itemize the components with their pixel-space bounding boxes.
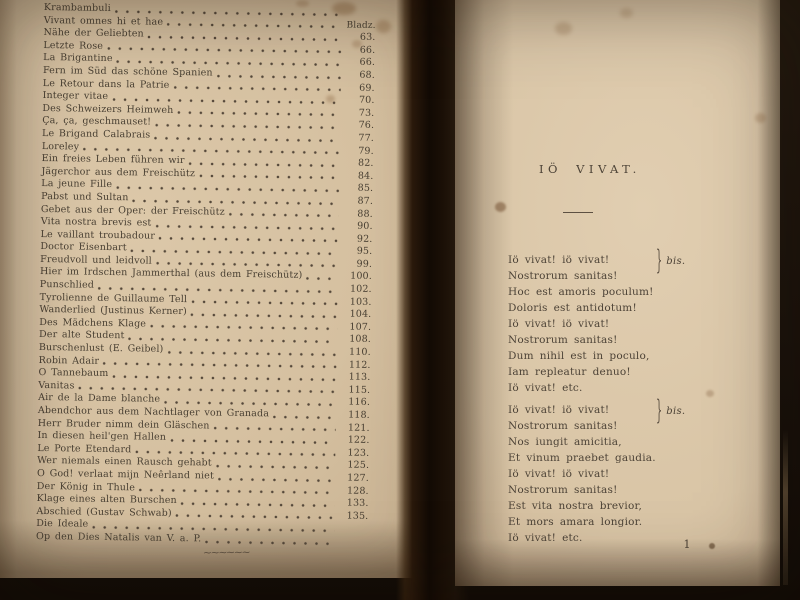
verse-line: Est vita nostra brevior, (508, 498, 656, 514)
dot-leader (173, 86, 340, 91)
verse-line: Nostrorum sanitas! (508, 418, 656, 434)
toc-entry-page: 102. (342, 284, 372, 297)
left-page: KrambambuliVivant omnes hi et haeBladz.N… (0, 0, 420, 578)
toc-entry-page: 104. (341, 309, 371, 322)
dot-leader (167, 350, 336, 356)
verse-line: Et vinum praebet gaudia. (508, 450, 656, 466)
verse-line: Nostrorum sanitas! (508, 332, 654, 348)
toc-entry-page: 68. (345, 69, 375, 82)
toc-entry-page: 69. (345, 82, 375, 95)
foxing-spot (326, 95, 335, 103)
toc-entry-title: Krambambuli (44, 2, 111, 16)
toc-entry-page: 73. (344, 107, 374, 120)
toc-entry-page: 77. (344, 132, 374, 145)
dot-leader (112, 98, 340, 104)
toc-entry-page: 107. (341, 321, 371, 334)
toc-entry-page: 116. (340, 397, 370, 410)
foxing-spot (755, 113, 766, 123)
dot-leader (115, 10, 342, 16)
verse-line: Dum nihil est in poculo, (508, 348, 654, 364)
toc-entry-title: Loreley (42, 141, 79, 154)
dot-leader (164, 401, 336, 407)
dot-leader (117, 60, 342, 66)
verse-line: Iö vivat! iö vivat! (508, 402, 656, 418)
dot-leader (132, 199, 339, 205)
toc-entry-page: 87. (343, 195, 373, 208)
verse-line: Nos iungit amicitia, (508, 434, 656, 450)
dot-leader (191, 300, 337, 305)
dot-leader (217, 74, 341, 79)
dot-leader (214, 427, 336, 432)
toc-entry-title: Punschlied (40, 279, 94, 292)
verse-line: Iö vivat! iö vivat! (508, 252, 654, 268)
toc-entry-page: 99. (342, 258, 372, 271)
dot-leader (218, 477, 335, 482)
toc-entry-title: La jeune Fille (41, 178, 112, 192)
dot-leader (176, 514, 335, 519)
foxing-spot (620, 8, 633, 18)
toc-entry-page: 76. (344, 120, 374, 133)
dot-leader (177, 111, 340, 116)
dot-leader (116, 186, 339, 192)
dot-leader (131, 249, 339, 255)
flourish-ornament: ~~~~~~ (196, 547, 256, 558)
dot-leader (216, 465, 335, 470)
dot-leader (189, 162, 340, 167)
toc-entry-title: La Brigantine (43, 52, 113, 66)
toc-entry-page: 133. (338, 498, 368, 511)
dot-leader (181, 502, 335, 507)
toc-entry-page: 82. (344, 158, 374, 171)
dot-leader (154, 136, 340, 142)
dot-leader (167, 23, 342, 29)
dot-leader (156, 262, 338, 268)
repeat-mark: bis. (655, 404, 685, 419)
toc-entry-title: Vanitas (38, 380, 74, 393)
verse-line: Doloris est antidotum! (508, 300, 654, 316)
toc-list: KrambambuliVivant omnes hi et haeBladz.N… (36, 2, 376, 548)
toc-entry-page: 95. (342, 246, 372, 259)
toc-entry-title: Op den Dies Natalis van V. a. P. (36, 531, 201, 546)
dot-leader (273, 415, 336, 419)
toc-entry-page: 90. (343, 221, 373, 234)
dot-leader (229, 213, 339, 218)
toc-entry-page: 112. (341, 359, 371, 372)
toc-entry-page: 121. (340, 422, 370, 435)
verse-line: Iö vivat! iö vivat! (508, 316, 654, 332)
dot-leader (103, 362, 337, 368)
verse-line: Iam repleatur denuo! (508, 364, 654, 380)
page-number: 1 (677, 538, 697, 551)
page-stack-edge (783, 430, 788, 585)
dot-leader (150, 325, 337, 331)
toc-entry-page: 128. (339, 485, 369, 498)
dot-leader (112, 375, 336, 381)
dot-leader (148, 35, 342, 41)
verse-line: Nostrorum sanitas! (508, 268, 654, 284)
toc-entry-title: O Tannebaum (38, 367, 108, 381)
repeat-mark: bis. (655, 254, 685, 269)
foxing-spot (495, 202, 506, 212)
repeat-label: bis. (666, 256, 685, 267)
verse-line: Hoc est amoris poculum! (508, 284, 654, 300)
toc-entry-page: 135. (338, 510, 368, 523)
verse-line: Iö vivat! etc. (508, 530, 656, 546)
title-divider (563, 212, 593, 213)
repeat-label: bis. (666, 406, 685, 417)
right-page: IÖ VIVAT. Iö vivat! iö vivat!Nostrorum s… (455, 0, 780, 586)
toc-entry-page: 92. (342, 233, 372, 246)
verse-line: Iö vivat! iö vivat! (508, 466, 656, 482)
toc-entry-page: 103. (341, 296, 371, 309)
toc-entry-page: 100. (342, 271, 372, 284)
toc-entry-page: 127. (339, 472, 369, 485)
brace-icon (656, 246, 662, 278)
toc-entry-page: 70. (344, 95, 374, 108)
verse-line: Iö vivat! etc. (508, 380, 654, 396)
dot-leader (205, 540, 334, 545)
foxing-spot (706, 390, 714, 397)
dot-leader (191, 313, 338, 318)
dot-leader (139, 489, 335, 495)
toc-entry-page: 110. (341, 346, 371, 359)
toc-entry-page: 88. (343, 208, 373, 221)
dot-leader (155, 124, 340, 130)
toc-entry-page: 125. (339, 460, 369, 473)
verse-line: Et mors amara longior. (508, 514, 656, 530)
toc-entry-page: 118. (340, 409, 370, 422)
toc-entry-page: 84. (343, 170, 373, 183)
dot-leader (135, 451, 335, 457)
foxing-spot (555, 22, 572, 35)
dot-leader (306, 277, 338, 280)
dot-leader (128, 337, 337, 343)
dot-leader (199, 175, 339, 180)
toc-entry-title: Robin Adair (39, 355, 100, 368)
toc-entry-page: 122. (339, 435, 369, 448)
foxing-spot (709, 543, 715, 549)
dot-leader (170, 439, 335, 444)
dot-leader (155, 224, 338, 230)
toc-entry-page: 79. (344, 145, 374, 158)
dot-leader (107, 47, 341, 53)
toc-entry-title: Die Ideale (36, 518, 88, 531)
toc-entry-page: 115. (340, 384, 370, 397)
foxing-spot (296, 0, 309, 7)
toc-entry-title: Integer vitae (43, 90, 109, 104)
stanza-2: Iö vivat! iö vivat!Nostrorum sanitas!Nos… (508, 402, 656, 546)
dot-leader (159, 237, 339, 243)
toc-entry-page: Bladz. (346, 19, 376, 32)
brace-icon (656, 396, 662, 428)
toc-entry-page: 123. (339, 447, 369, 460)
foxing-spot (352, 40, 362, 48)
toc-entry-page: 108. (341, 334, 371, 347)
toc-entry-page: 85. (343, 183, 373, 196)
stanza-1: Iö vivat! iö vivat!Nostrorum sanitas!Hoc… (508, 252, 654, 396)
toc-entry-page: 66. (345, 57, 375, 70)
song-title: IÖ VIVAT. (539, 162, 641, 176)
toc-entry-title: Der alte Student (39, 329, 125, 343)
book-photo: KrambambuliVivant omnes hi et haeBladz.N… (0, 0, 800, 600)
foxing-spot (332, 2, 356, 15)
foxing-spot (376, 20, 391, 33)
toc-entry-page: 113. (340, 372, 370, 385)
toc-entry-title: Letzte Rose (43, 40, 103, 53)
verse-line: Nostrorum sanitas! (508, 482, 656, 498)
